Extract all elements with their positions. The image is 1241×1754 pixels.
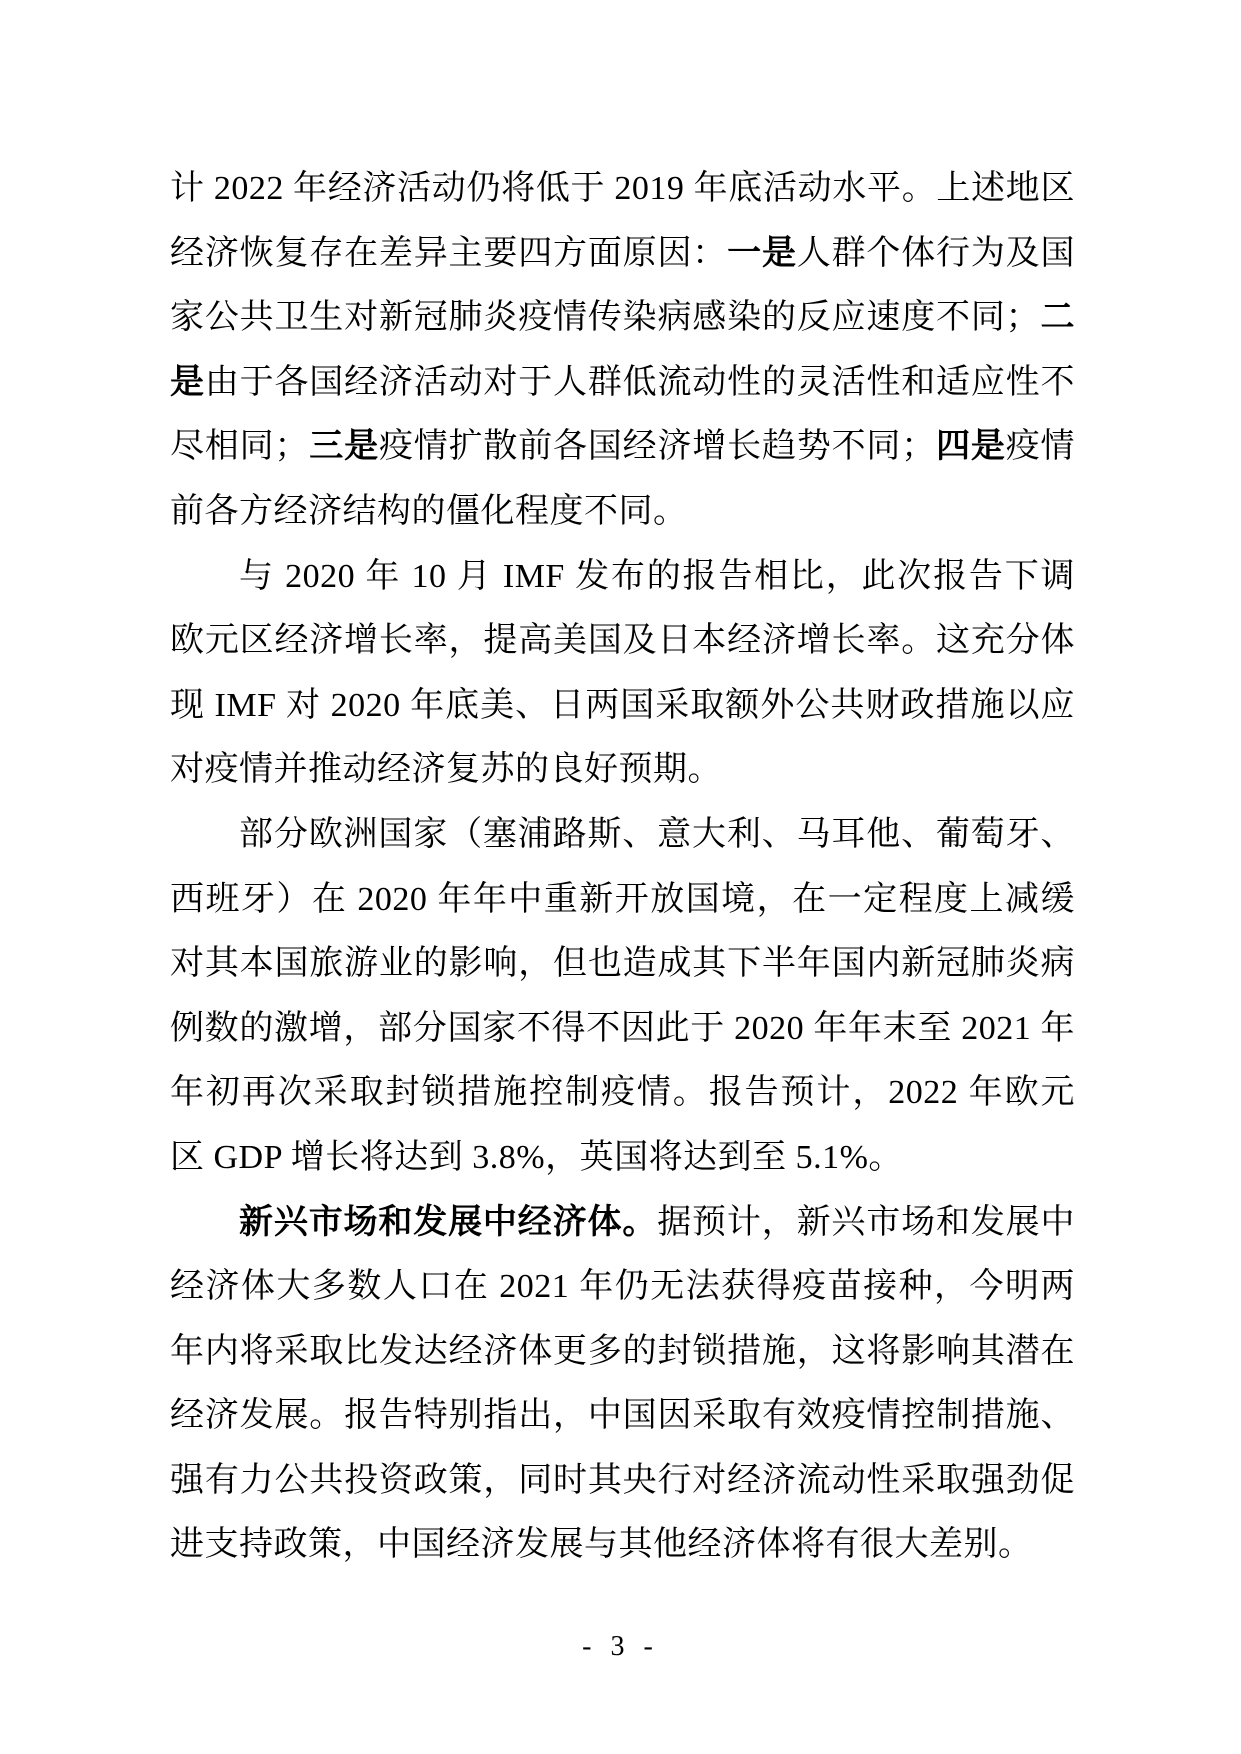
text-run-bold: 四是 (936, 428, 1006, 465)
text-run: 据预计，新兴市场和发展中经济体大多数人口在 2021 年仍无法获得疫苗接种，今明… (170, 1204, 1075, 1564)
text-run: 与 2020 年 10 月 IMF 发布的报告相比，此次报告下调欧元区经济增长率… (170, 558, 1075, 789)
text-run-bold: 新兴市场和发展中经济体。 (239, 1204, 657, 1241)
paragraph-1: 计 2022 年经济活动仍将低于 2019 年底活动水平。上述地区经济恢复存在差… (170, 157, 1075, 545)
page-body: 计 2022 年经济活动仍将低于 2019 年底活动水平。上述地区经济恢复存在差… (170, 157, 1075, 1578)
paragraph-3: 部分欧洲国家（塞浦路斯、意大利、马耳他、葡萄牙、西班牙）在 2020 年年中重新… (170, 803, 1075, 1191)
text-run: 疫情扩散前各国经济增长趋势不同； (379, 428, 936, 465)
text-run-bold: 一是 (727, 235, 797, 272)
document-page: 计 2022 年经济活动仍将低于 2019 年底活动水平。上述地区经济恢复存在差… (0, 0, 1241, 1754)
text-run: 部分欧洲国家（塞浦路斯、意大利、马耳他、葡萄牙、西班牙）在 2020 年年中重新… (170, 816, 1075, 1176)
paragraph-4: 新兴市场和发展中经济体。据预计，新兴市场和发展中经济体大多数人口在 2021 年… (170, 1191, 1075, 1579)
text-run-bold: 三是 (309, 428, 379, 465)
paragraph-2: 与 2020 年 10 月 IMF 发布的报告相比，此次报告下调欧元区经济增长率… (170, 545, 1075, 803)
page-number: - 3 - (0, 1630, 1241, 1664)
